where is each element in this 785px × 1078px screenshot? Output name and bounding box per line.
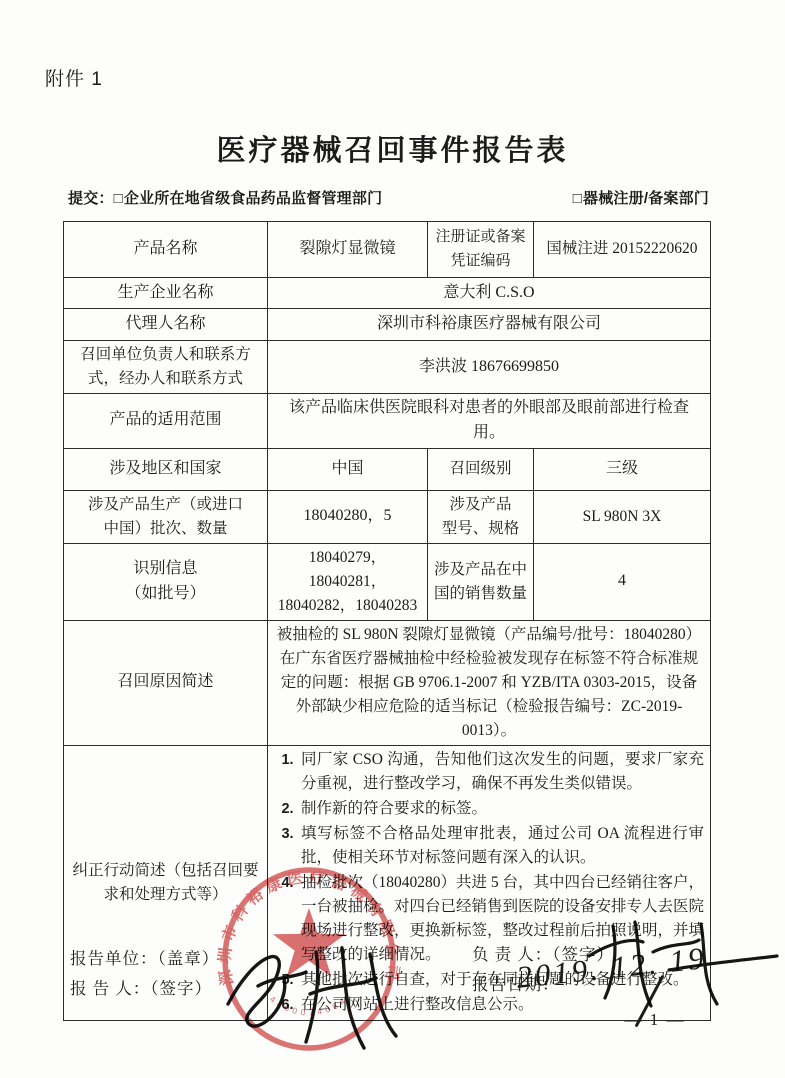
manufacturer-label: 生产企业名称 (64, 278, 268, 309)
table-row: 涉及产品生产（或进口 中国）批次、数量 18040280，5 涉及产品 型号、规… (64, 490, 711, 543)
table-row: 代理人名称 深圳市科裕康医疗器械有限公司 (64, 309, 711, 341)
recall-level-value: 三级 (534, 448, 711, 490)
checkbox-icon: □ (573, 190, 582, 207)
recall-level-label: 召回级别 (428, 448, 534, 490)
recall-reason-value: 被抽检的 SL 980N 裂隙灯显微镜（产品编号/批号：18040280）在广东… (268, 620, 711, 745)
table-row: 识别信息 （如批号） 18040279，18040281， 18040282，1… (64, 543, 711, 620)
responsible-signature (583, 912, 783, 1017)
list-item: 2.制作新的符合要求的标签。 (274, 797, 704, 821)
list-item: 1.同厂家 CSO 沟通，告知他们这次发生的问题，要求厂家充分重视，进行整改学习… (274, 748, 704, 796)
scope-label: 产品的适用范围 (64, 394, 268, 449)
china-sales-value: 4 (534, 543, 711, 620)
list-item-number: 2. (274, 797, 301, 821)
region-label: 涉及地区和国家 (64, 448, 268, 490)
report-unit-label: 报告单位：（盖章） (70, 944, 219, 974)
agent-value: 深圳市科裕康医疗器械有限公司 (268, 309, 711, 341)
reporter-label: 报 告 人：（签字） (70, 974, 219, 1004)
product-name-value: 裂隙灯显微镜 (268, 222, 428, 278)
id-info-label: 识别信息 （如批号） (64, 543, 268, 620)
id-info-value: 18040279，18040281， 18040282，18040283 (268, 543, 428, 620)
submit-option-registration: □器械注册/备案部门 (573, 187, 709, 208)
submit-option-province-label: 企业所在地省级食品药品监督管理部门 (124, 190, 382, 207)
table-row: 涉及地区和国家 中国 召回级别 三级 (64, 448, 711, 490)
list-item-text: 制作新的符合要求的标签。 (301, 797, 704, 821)
contact-value: 李洪波 18676699850 (268, 341, 711, 394)
table-row: 产品名称 裂隙灯显微镜 注册证或备案 凭证编码 国械注进 20152220620 (64, 222, 711, 278)
reg-cert-label: 注册证或备案 凭证编码 (428, 222, 534, 278)
product-name-label: 产品名称 (64, 222, 268, 278)
table-row: 召回单位负责人和联系方 式，经办人和联系方式 李洪波 18676699850 (64, 341, 711, 394)
submit-option-registration-label: 器械注册/备案部门 (583, 190, 709, 207)
checkbox-icon: □ (114, 190, 123, 207)
model-value: SL 980N 3X (534, 490, 711, 543)
page-title: 医疗器械召回事件报告表 (0, 128, 785, 169)
scope-value: 该产品临床供医院眼科对患者的外眼部及眼前部进行检查用。 (268, 394, 711, 449)
submit-line: 提交：□企业所在地省级食品药品监督管理部门 □器械注册/备案部门 (68, 187, 709, 208)
list-item-text: 同厂家 CSO 沟通，告知他们这次发生的问题，要求厂家充分重视，进行整改学习，确… (301, 748, 704, 796)
submit-option-province: 提交：□企业所在地省级食品药品监督管理部门 (68, 187, 382, 208)
reporter-signature (218, 928, 423, 1053)
batch-label: 涉及产品生产（或进口 中国）批次、数量 (64, 490, 268, 543)
list-item-number: 1. (274, 748, 301, 796)
batch-value: 18040280，5 (268, 490, 428, 543)
model-label: 涉及产品 型号、规格 (428, 490, 534, 543)
scanned-report-page: 附件 1 医疗器械召回事件报告表 提交：□企业所在地省级食品药品监督管理部门 □… (0, 0, 785, 1078)
table-row: 召回原因简述 被抽检的 SL 980N 裂隙灯显微镜（产品编号/批号：18040… (64, 620, 711, 745)
recall-reason-label: 召回原因简述 (64, 620, 268, 745)
footer-left-block: 报告单位：（盖章） 报 告 人：（签字） (70, 944, 219, 1004)
region-value: 中国 (268, 448, 428, 490)
table-row: 产品的适用范围 该产品临床供医院眼科对患者的外眼部及眼前部进行检查用。 (64, 394, 711, 449)
manufacturer-value: 意大利 C.S.O (268, 278, 711, 309)
reg-cert-value: 国械注进 20152220620 (534, 222, 711, 278)
table-row: 生产企业名称 意大利 C.S.O (64, 278, 711, 309)
contact-label: 召回单位负责人和联系方 式，经办人和联系方式 (64, 341, 268, 394)
submit-prefix: 提交： (68, 190, 114, 207)
china-sales-label: 涉及产品在中 国的销售数量 (428, 543, 534, 620)
attachment-label: 附件 1 (45, 64, 103, 91)
agent-label: 代理人名称 (64, 309, 268, 341)
